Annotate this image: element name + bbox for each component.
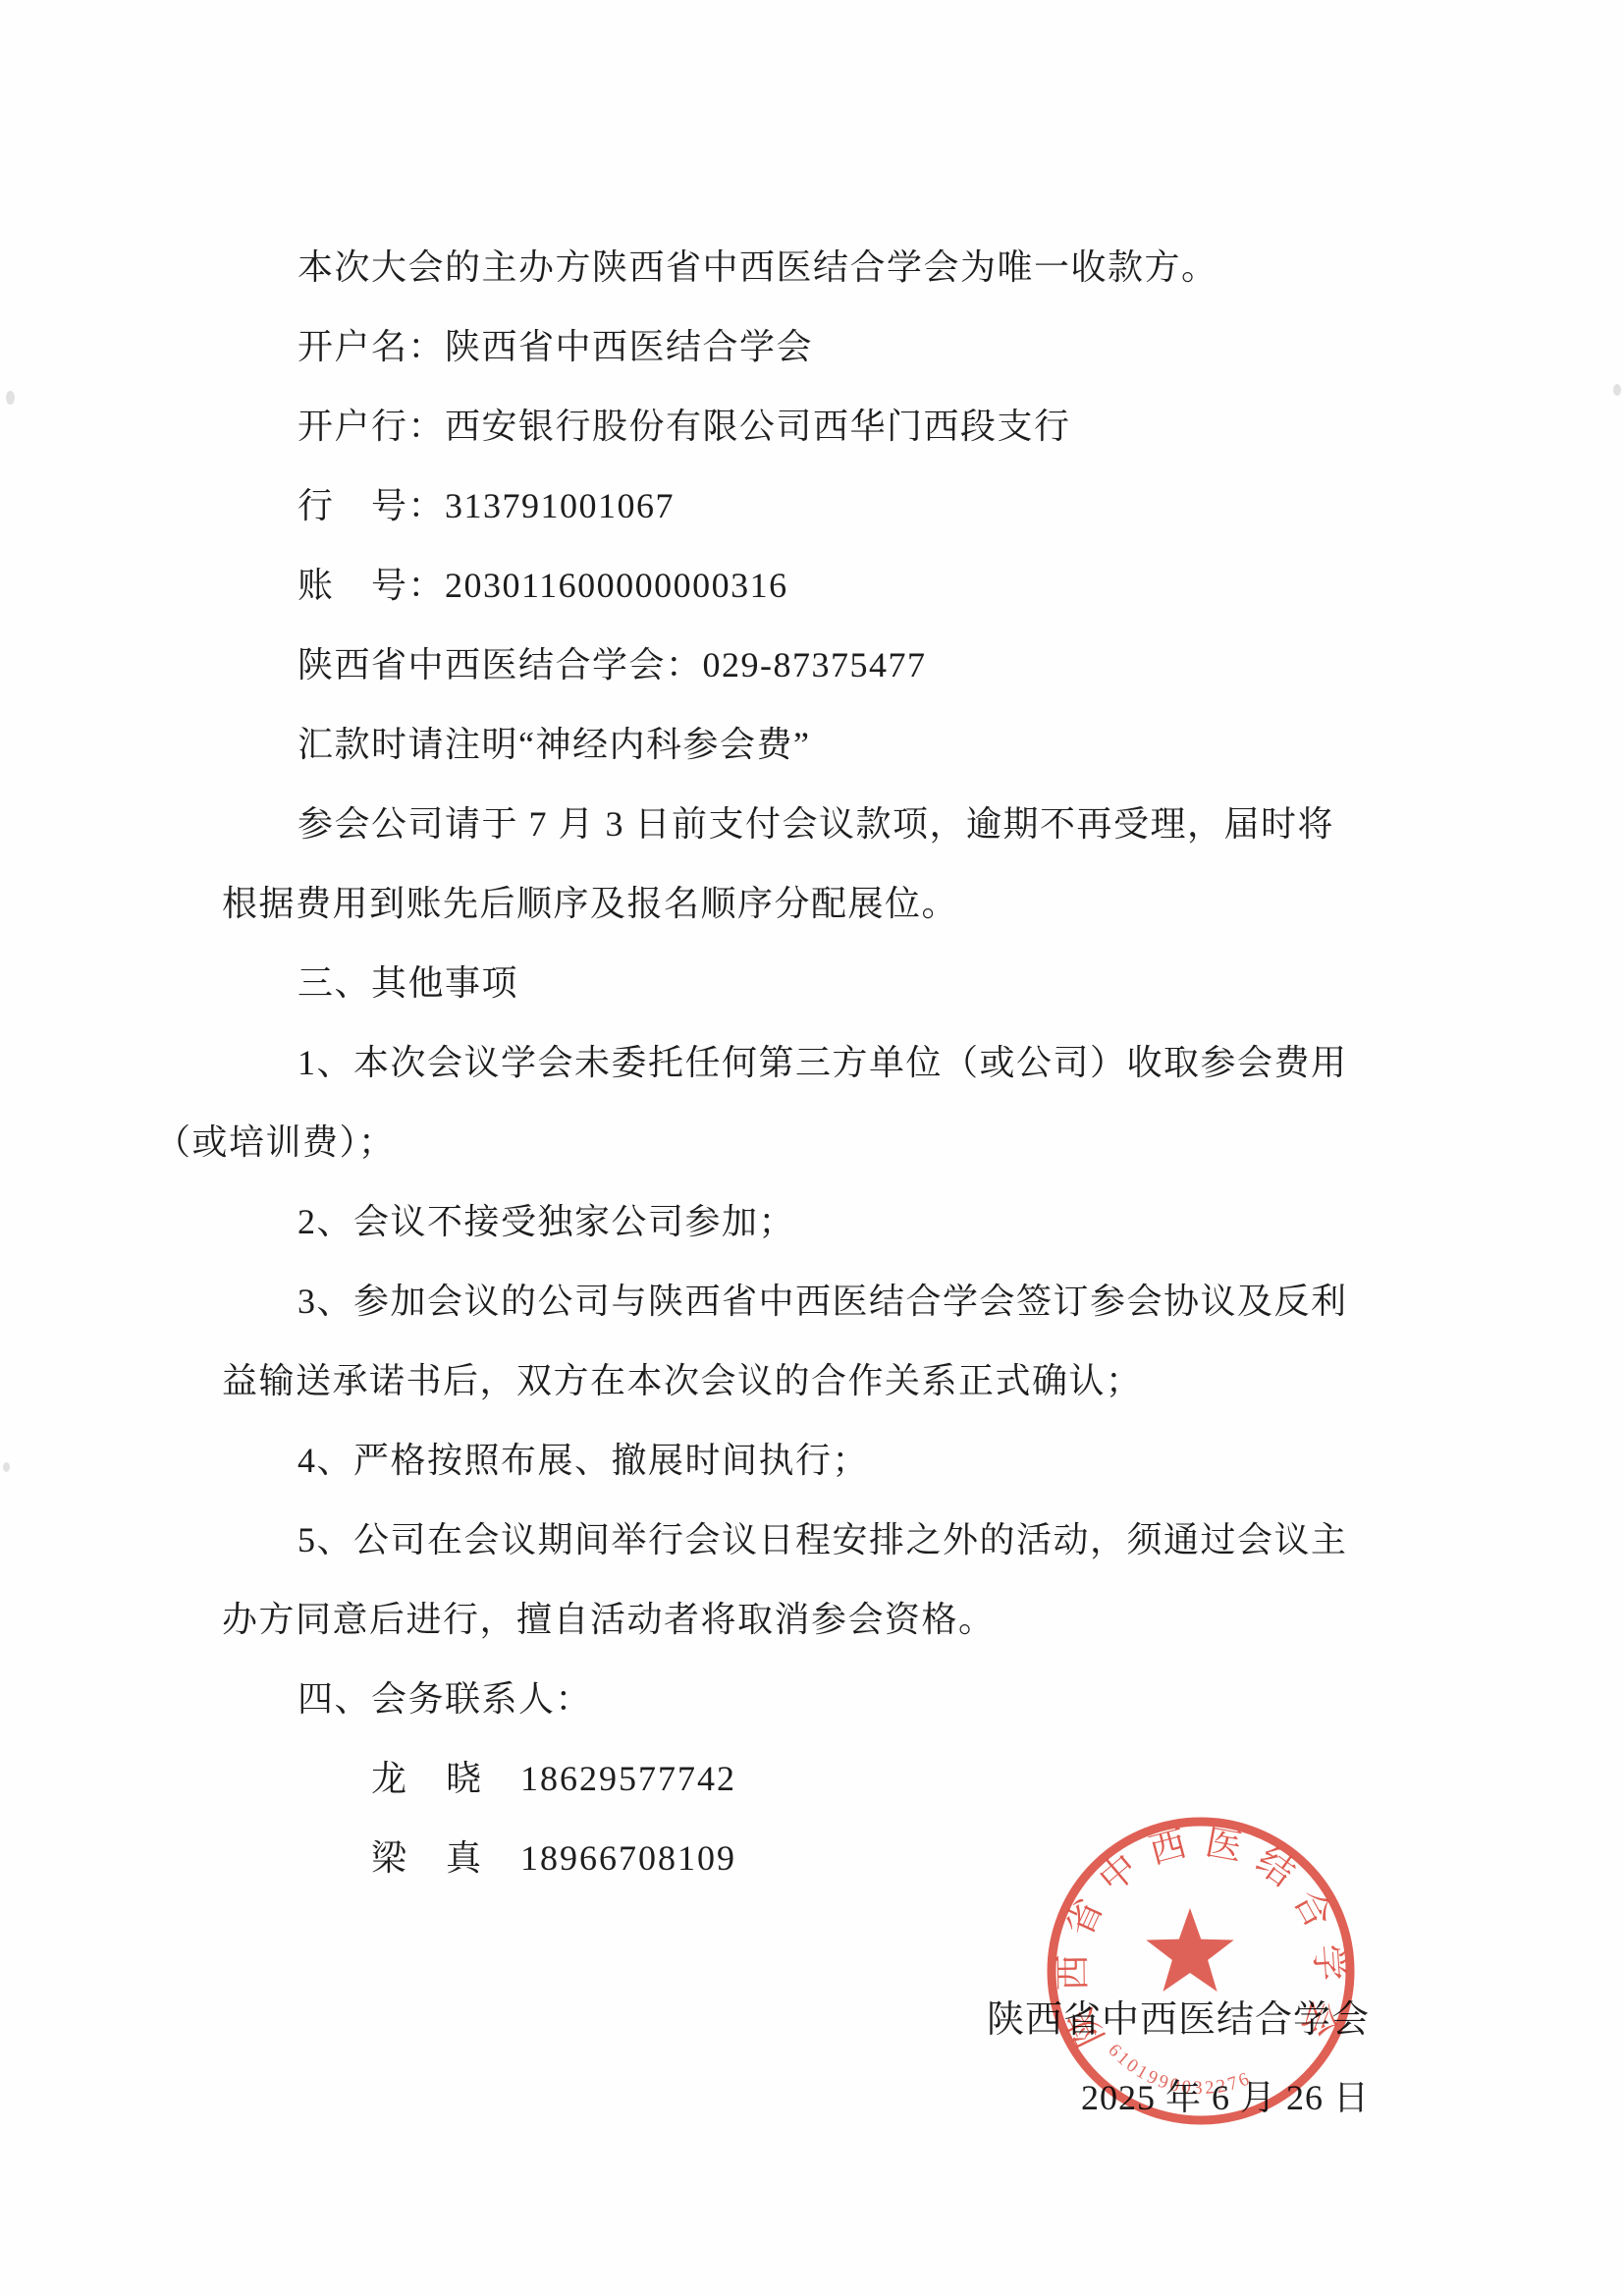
body-line: 陕西省中西医结合学会：029-87375477 <box>0 623 1623 702</box>
body-line: 汇款时请注明“神经内科参会费” <box>0 702 1623 782</box>
body-line: 2、会议不接受独家公司参加； <box>0 1179 1623 1259</box>
document-body: 本次大会的主办方陕西省中西医结合学会为唯一收款方。 开户名：陕西省中西医结合学会… <box>0 225 1623 1895</box>
star-icon <box>1146 1908 1233 1992</box>
body-line: 行 号：313791001067 <box>0 464 1623 543</box>
body-line: 益输送承诺书后，双方在本次会议的合作关系正式确认； <box>0 1339 1623 1418</box>
body-line: 开户行：西安银行股份有限公司西华门西段支行 <box>0 384 1623 464</box>
body-line: 4、严格按照布展、撤展时间执行； <box>0 1418 1623 1498</box>
body-line: 参会公司请于 7 月 3 日前支付会议款项，逾期不再受理，届时将 <box>0 782 1623 861</box>
body-line: 账 号：203011600000000316 <box>0 543 1623 623</box>
signature-date: 2025 年 6 月 26 日 <box>1081 2065 1370 2124</box>
body-line: 开户名：陕西省中西医结合学会 <box>0 304 1623 384</box>
document-page: 本次大会的主办方陕西省中西医结合学会为唯一收款方。 开户名：陕西省中西医结合学会… <box>0 0 1623 2296</box>
scan-speck <box>6 391 15 405</box>
scan-speck <box>1613 384 1621 396</box>
signature-org: 陕西省中西医结合学会 <box>987 1986 1370 2045</box>
contact-line: 梁 真 18966708109 <box>0 1816 1623 1895</box>
body-line: 5、公司在会议期间举行会议日程安排之外的活动，须通过会议主 <box>0 1498 1623 1577</box>
section-heading: 四、会务联系人： <box>0 1657 1623 1736</box>
body-line: （或培训费）； <box>0 1100 1623 1179</box>
body-line: 1、本次会议学会未委托任何第三方单位（或公司）收取参会费用 <box>0 1020 1623 1100</box>
body-line: 3、参加会议的公司与陕西省中西医结合学会签订参会协议及反利 <box>0 1259 1623 1339</box>
scan-speck <box>3 1462 10 1472</box>
body-line: 本次大会的主办方陕西省中西医结合学会为唯一收款方。 <box>0 225 1623 304</box>
body-line: 根据费用到账先后顺序及报名顺序分配展位。 <box>0 861 1623 941</box>
section-heading: 三、其他事项 <box>0 941 1623 1020</box>
body-line: 办方同意后进行，擅自活动者将取消参会资格。 <box>0 1577 1623 1657</box>
contact-line: 龙 晓 18629577742 <box>0 1736 1623 1816</box>
